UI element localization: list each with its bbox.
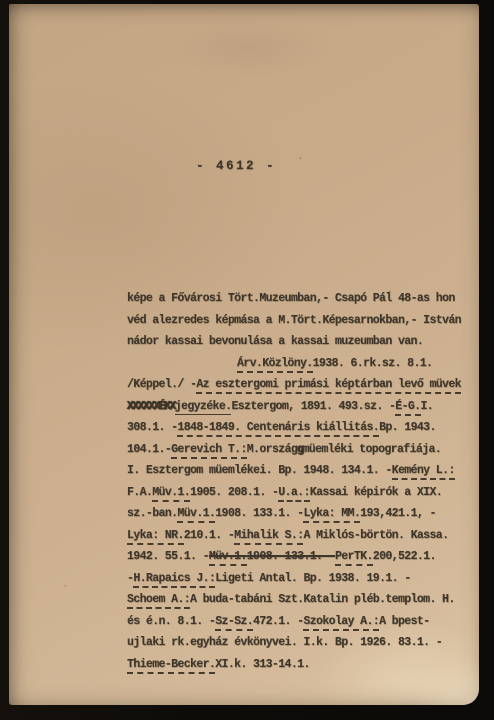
text-segment: /Képpel./ -	[127, 378, 196, 391]
text-segment: Esztergom, 1891. 493.sz. -	[231, 400, 395, 413]
text-segment: M.ország	[247, 443, 297, 456]
text-segment: I. Esztergom müemlékei. Bp. 1948. 134.1.…	[127, 464, 392, 477]
text-line: XXXXXXÉKX jegyzéke. Esztergom, 1891. 493…	[127, 396, 473, 418]
text-segment: Müv.1.	[177, 507, 215, 523]
text-segment: 193,421.1, -	[360, 507, 436, 520]
text-segment: nádor kassai bevonulása a kassai muzeumb…	[127, 335, 423, 348]
text-segment: A Miklós-börtön. Kassa.	[303, 529, 448, 542]
text-segment: A bpest-	[379, 615, 429, 628]
text-segment: véd alezredes képmása a M.Tört.Képesarno…	[127, 314, 461, 327]
text-segment: 1908. 133.1. -	[247, 550, 335, 563]
text-line: I. Esztergom müemlékei. Bp. 1948. 134.1.…	[127, 460, 473, 482]
text-segment: U.a.:	[278, 486, 310, 502]
text-line: és é.n. 8.1. - Sz-Sz. 472.1. - Szokolay …	[127, 611, 473, 633]
text-segment: I.	[421, 400, 434, 413]
text-line: 104.1.-Gerevich T.: M.ország g müemléki …	[127, 439, 473, 461]
text-segment: müemléki topografiája.	[302, 443, 441, 456]
text-segment: 308.1. -	[127, 421, 177, 434]
scanned-page: { "colors": { "paper": "#c9ad8c", "ink":…	[0, 0, 494, 720]
text-segment: XXXXXXÉKX	[127, 400, 175, 413]
text-line: sz.-ban. Müv.1. 1908. 133.1. - Lyka: MM.…	[127, 503, 473, 525]
text-segment: Schoem A.:	[127, 593, 190, 609]
text-segment: Kassai képirók a XIX.	[310, 486, 442, 499]
text-segment: és é.n. 8.1. -	[127, 615, 215, 628]
text-segment: F.A.	[127, 486, 152, 499]
text-line: /Képpel./ - Az esztergomi primási képtár…	[127, 374, 473, 396]
text-segment: Bp. 1943.	[379, 421, 436, 434]
text-segment: A buda-tabáni Szt.Katalin pléb.templom. …	[190, 593, 455, 606]
text-segment: 1938. 6.rk.sz. 8.1.	[313, 357, 433, 370]
text-segment: Müv.1.	[152, 486, 190, 502]
text-segment: 1942. 55.1. -	[127, 550, 209, 563]
text-segment: ujlaki rk.egyház évkönyvei. I.k. Bp. 192…	[127, 636, 442, 649]
text-segment: É-G.	[395, 400, 420, 416]
text-segment: 104.1.-	[127, 443, 171, 456]
text-line: - H.Rapaics J.: Ligeti Antal. Bp. 1938. …	[127, 568, 473, 590]
text-segment: Szokolay A.:	[303, 615, 379, 631]
text-segment: Lyka: MM.	[303, 507, 360, 523]
text-segment: Müv.1.	[209, 550, 247, 566]
text-segment: Sz-Sz.	[215, 615, 253, 631]
text-line: nádor kassai bevonulása a kassai muzeumb…	[127, 331, 473, 353]
text-segment: Mihalik S.:	[234, 529, 303, 545]
text-segment: 1908. 133.1. -	[215, 507, 303, 520]
text-segment: XI.k. 313-14.1.	[215, 658, 310, 671]
text-line: F.A. Müv.1. 1905. 208.1. - U.a.: Kassai …	[127, 482, 473, 504]
text-line: véd alezredes képmása a M.Tört.Képesarno…	[127, 310, 473, 332]
text-segment: Thieme-Becker.	[127, 658, 215, 674]
text-segment: Ligeti Antal. Bp. 1938. 19.1. -	[215, 572, 410, 585]
text-line: képe a Fővárosi Tört.Muzeumban,- Csapó P…	[127, 288, 473, 310]
text-line: Árv.Közlöny. 1938. 6.rk.sz. 8.1.	[127, 353, 473, 375]
text-segment: Lyka: NR.	[127, 529, 184, 545]
text-segment: Kemény L.:	[392, 464, 455, 480]
text-line: Lyka: NR. 210.1. - Mihalik S.: A Miklós-…	[127, 525, 473, 547]
text-line: 308.1. - 1848-1849. Centenáris kiállitás…	[127, 417, 473, 439]
text-segment: Gerevich T.:	[171, 443, 247, 459]
text-segment: 200,522.1.	[373, 550, 436, 563]
text-segment: Árv.Közlöny.	[237, 357, 313, 373]
text-segment: 1848-1849. Centenáris kiállitás.	[177, 421, 379, 437]
text-line: Thieme-Becker. XI.k. 313-14.1.	[127, 654, 473, 676]
text-segment: 472.1. -	[253, 615, 303, 628]
text-segment: 210.1. -	[184, 529, 234, 542]
paper-stain	[169, 18, 329, 78]
text-segment: H.Rapaics J.:	[133, 572, 215, 588]
text-segment: Az esztergomi primási képtárban levő müv…	[196, 378, 461, 394]
text-line: 1942. 55.1. - Müv.1. 1908. 133.1. - PerT…	[127, 546, 473, 568]
text-block: képe a Fővárosi Tört.Muzeumban,- Csapó P…	[127, 288, 473, 675]
text-segment: jegyzéke.	[175, 400, 232, 415]
text-segment: sz.-ban.	[127, 507, 177, 520]
text-segment: 1905. 208.1. -	[190, 486, 278, 499]
text-segment: képe a Fővárosi Tört.Muzeumban,- Csapó P…	[127, 292, 455, 305]
page-number: - 4612 -	[196, 159, 276, 173]
text-line: ujlaki rk.egyház évkönyvei. I.k. Bp. 192…	[127, 632, 473, 654]
paper-sheet: - 4612 - képe a Fővárosi Tört.Muzeumban,…	[9, 4, 479, 705]
text-segment: PerTK.	[335, 550, 373, 566]
text-line: Schoem A.: A buda-tabáni Szt.Katalin plé…	[127, 589, 473, 611]
